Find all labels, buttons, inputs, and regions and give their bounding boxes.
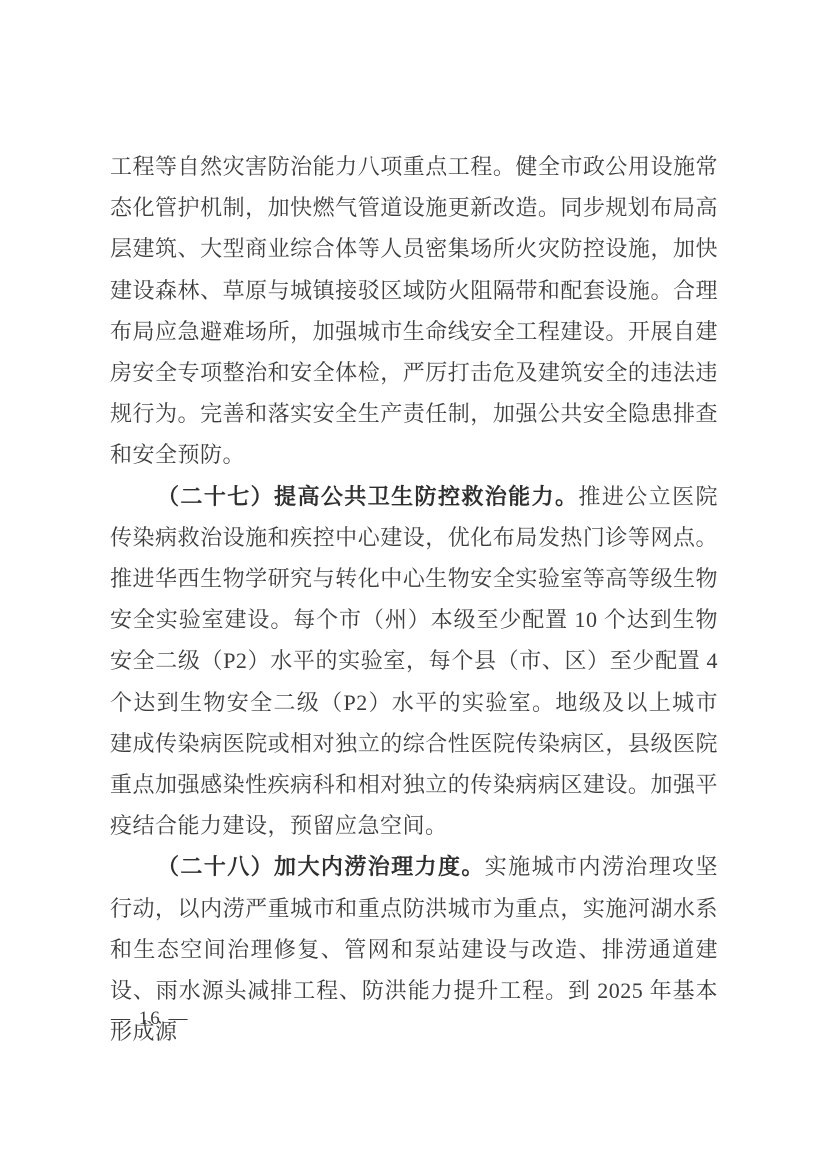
section-27-heading: （二十七）提高公共卫生防控救治能力。 [157,484,578,509]
page-number: — 16 — [111,1004,190,1034]
text-block: 工程等自然灾害防治能力八项重点工程。健全市政公用设施常态化管护机制，加快燃气管道… [110,146,718,1052]
paragraph-text: 工程等自然灾害防治能力八项重点工程。健全市政公用设施常态化管护机制，加快燃气管道… [110,154,718,467]
paragraph-continuation: 工程等自然灾害防治能力八项重点工程。健全市政公用设施常态化管护机制，加快燃气管道… [110,146,718,476]
paragraph-text: 推进公立医院传染病救治设施和疾控中心建设，优化布局发热门诊等网点。推进华西生物学… [110,484,718,839]
section-28-heading: （二十八）加大内涝治理力度。 [157,854,485,879]
document-page: 工程等自然灾害防治能力八项重点工程。健全市政公用设施常态化管护机制，加快燃气管道… [0,0,826,1169]
paragraph-text: 实施城市内涝治理攻坚行动，以内涝严重城市和重点防洪城市为重点，实施河湖水系和生态… [110,854,718,1044]
paragraph-section-27: （二十七）提高公共卫生防控救治能力。推进公立医院传染病救治设施和疾控中心建设，优… [110,476,718,847]
paragraph-section-28: （二十八）加大内涝治理力度。实施城市内涝治理攻坚行动，以内涝严重城市和重点防洪城… [110,846,718,1052]
